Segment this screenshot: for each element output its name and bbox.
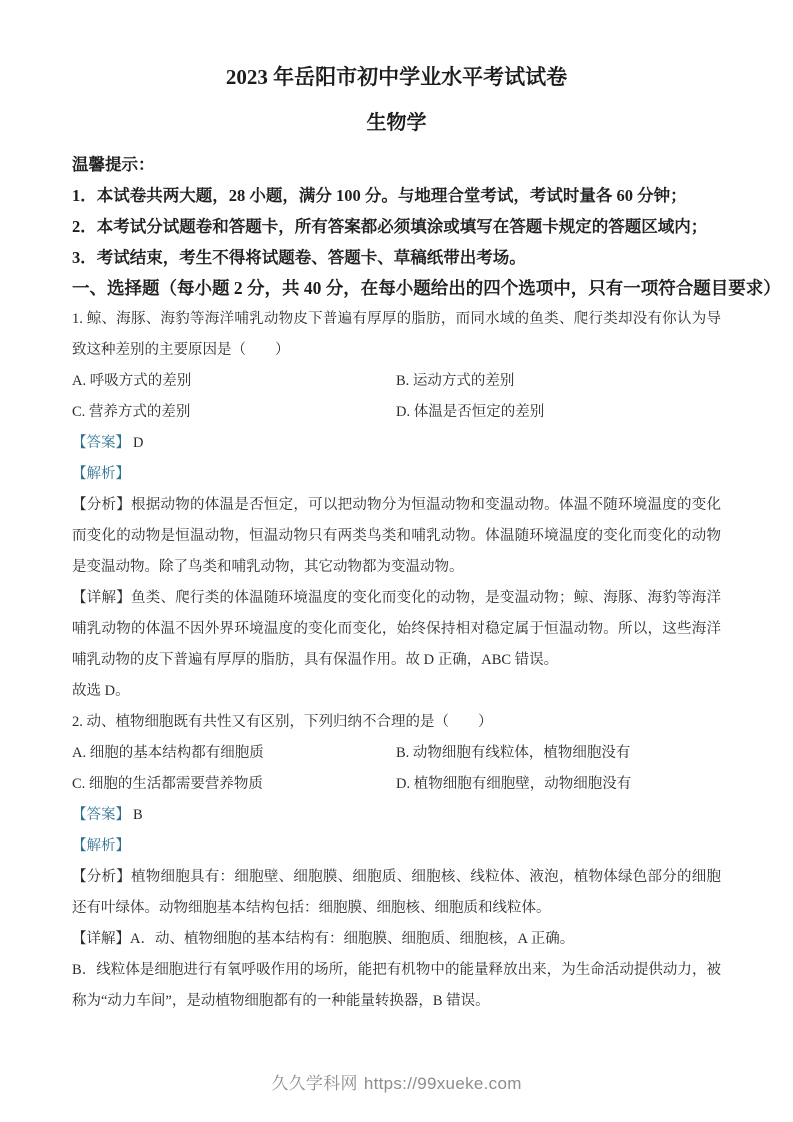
option-a: A. 细胞的基本结构都有细胞质 bbox=[72, 738, 396, 769]
analysis-paragraph: 【分析】植物细胞具有：细胞壁、细胞膜、细胞质、细胞核、线粒体、液泡，植物体绿色部… bbox=[72, 862, 721, 924]
question-stem: 2. 动、植物细胞既有共性又有区别，下列归纳不合理的是（ ） bbox=[72, 707, 721, 738]
question-stem: 1. 鲸、海豚、海豹等海洋哺乳动物皮下普遍有厚厚的脂肪，而同水域的鱼类、爬行类却… bbox=[72, 304, 721, 366]
option-d: D. 植物细胞有细胞壁，动物细胞没有 bbox=[396, 769, 721, 800]
detail-paragraph-b: B．线粒体是细胞进行有氧呼吸作用的场所，能把有机物中的能量释放出来，为生命活动提… bbox=[72, 955, 721, 1017]
detail-paragraph: 【详解】A．动、植物细胞的基本结构有：细胞膜、细胞质、细胞核，A 正确。 bbox=[72, 924, 721, 955]
notice-item-3: 3．考试结束，考生不得将试题卷、答题卡、草稿纸带出考场。 bbox=[72, 242, 721, 273]
options-row-ab: A. 细胞的基本结构都有细胞质 B. 动物细胞有线粒体，植物细胞没有 bbox=[72, 738, 721, 769]
analysis-label: 【解析】 bbox=[72, 459, 721, 490]
answer-value: B bbox=[133, 807, 143, 823]
option-c: C. 营养方式的差别 bbox=[72, 397, 396, 428]
notice-item-1: 1．本试卷共两大题，28 小题，满分 100 分。与地理合堂考试，考试时量各 6… bbox=[72, 180, 721, 211]
notice-block: 温馨提示： 1．本试卷共两大题，28 小题，满分 100 分。与地理合堂考试，考… bbox=[72, 149, 721, 273]
conclusion-paragraph: 故选 D。 bbox=[72, 676, 721, 707]
answer-label: 【答案】 bbox=[72, 807, 130, 823]
exam-body: 温馨提示： 1．本试卷共两大题，28 小题，满分 100 分。与地理合堂考试，考… bbox=[72, 149, 721, 1017]
section-header-choice-questions: 一、选择题（每小题 2 分，共 40 分，在每小题给出的四个选项中，只有一项符合… bbox=[72, 273, 721, 304]
analysis-paragraph: 【分析】根据动物的体温是否恒定，可以把动物分为恒温动物和变温动物。体温不随环境温… bbox=[72, 490, 721, 583]
analysis-label: 【解析】 bbox=[72, 831, 721, 862]
option-b: B. 动物细胞有线粒体，植物细胞没有 bbox=[396, 738, 721, 769]
detail-paragraph: 【详解】鱼类、爬行类的体温随环境温度的变化而变化的动物，是变温动物；鲸、海豚、海… bbox=[72, 583, 721, 676]
option-c: C. 细胞的生活都需要营养物质 bbox=[72, 769, 396, 800]
option-a: A. 呼吸方式的差别 bbox=[72, 366, 396, 397]
options-row-ab: A. 呼吸方式的差别 B. 运动方式的差别 bbox=[72, 366, 721, 397]
exam-paper-page: 2023 年岳阳市初中学业水平考试试卷 生物学 温馨提示： 1．本试卷共两大题，… bbox=[0, 0, 793, 1122]
option-b: B. 运动方式的差别 bbox=[396, 366, 721, 397]
answer-value: D bbox=[133, 435, 143, 451]
answer-line: 【答案】B bbox=[72, 800, 721, 831]
notice-item-2: 2．本考试分试题卷和答题卡，所有答案都必须填涂或填写在答题卡规定的答题区域内； bbox=[72, 211, 721, 242]
options-row-cd: C. 营养方式的差别 D. 体温是否恒定的差别 bbox=[72, 397, 721, 428]
notice-heading: 温馨提示： bbox=[72, 149, 721, 180]
footer-site-name: 久久学科网 bbox=[271, 1074, 358, 1093]
question-block-1: 1. 鲸、海豚、海豹等海洋哺乳动物皮下普遍有厚厚的脂肪，而同水域的鱼类、爬行类却… bbox=[72, 304, 721, 707]
options-row-cd: C. 细胞的生活都需要营养物质 D. 植物细胞有细胞壁，动物细胞没有 bbox=[72, 769, 721, 800]
exam-title: 2023 年岳阳市初中学业水平考试试卷 bbox=[72, 62, 721, 92]
answer-label: 【答案】 bbox=[72, 435, 130, 451]
footer-site-url: https://99xueke.com bbox=[364, 1074, 522, 1093]
exam-subject: 生物学 bbox=[72, 109, 721, 138]
footer-watermark: 久久学科网https://99xueke.com bbox=[0, 1069, 793, 1094]
answer-line: 【答案】D bbox=[72, 428, 721, 459]
option-d: D. 体温是否恒定的差别 bbox=[396, 397, 721, 428]
question-block-2: 2. 动、植物细胞既有共性又有区别，下列归纳不合理的是（ ） A. 细胞的基本结… bbox=[72, 707, 721, 1017]
